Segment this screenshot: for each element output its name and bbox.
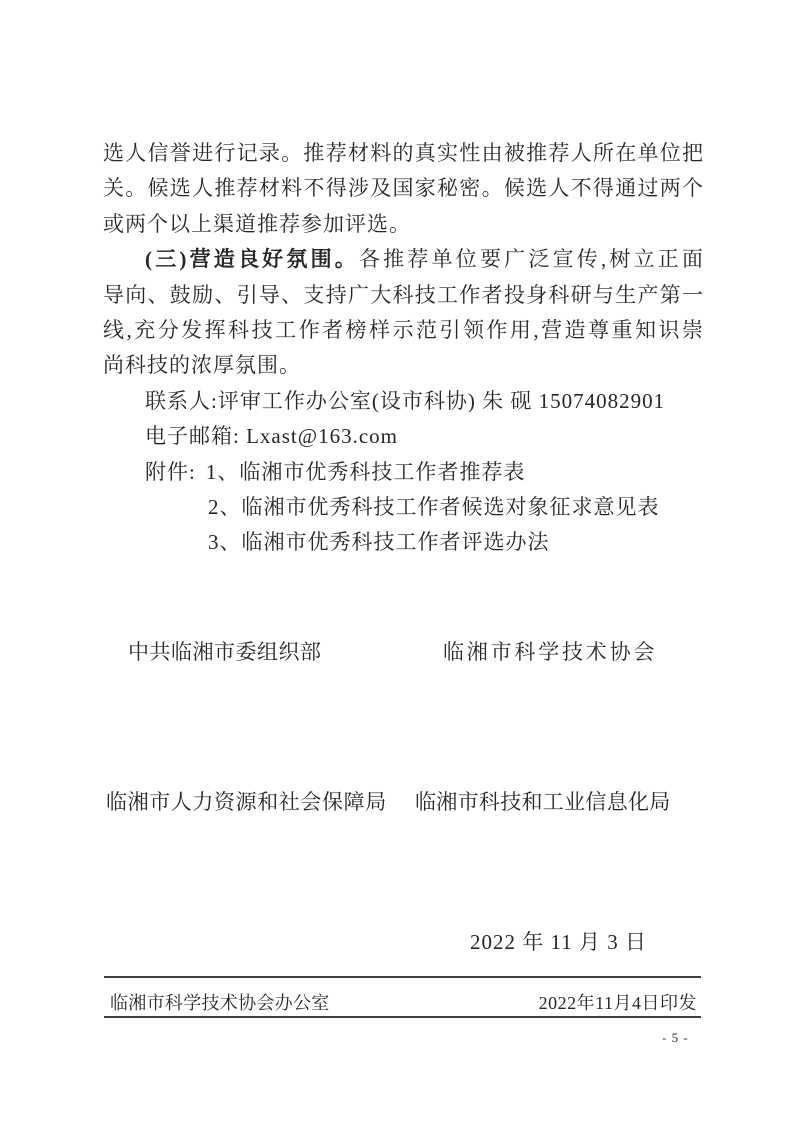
document-page: 选人信誉进行记录。推荐材料的真实性由被推荐人所在单位把 关。候选人推荐材料不得涉… xyxy=(0,0,793,1122)
body-line: 关。候选人推荐材料不得涉及国家秘密。候选人不得通过两个 xyxy=(103,171,703,206)
attachment-item-1: 1、临湘市优秀科技工作者推荐表 xyxy=(206,460,526,484)
email-line: 电子邮箱: Lxast@163.com xyxy=(103,419,703,454)
body-line: 线,充分发挥科技工作者榜样示范引领作用,营造尊重知识崇 xyxy=(103,313,703,348)
body-line: 或两个以上渠道推荐参加评选。 xyxy=(103,207,703,242)
footer-print-date: 2022年11月4日印发 xyxy=(539,989,697,1015)
body-line: 尚科技的浓厚氛围。 xyxy=(103,348,703,383)
signature-org-committee: 中共临湘市委组织部 xyxy=(128,636,322,666)
paragraph-three-text: 各推荐单位要广泛宣传,树立正面 xyxy=(359,247,703,271)
body-line: 选人信誉进行记录。推荐材料的真实性由被推荐人所在单位把 xyxy=(103,136,703,171)
body-text-column: 选人信誉进行记录。推荐材料的真实性由被推荐人所在单位把 关。候选人推荐材料不得涉… xyxy=(103,136,703,561)
contact-line: 联系人:评审工作办公室(设市科协) 朱 砚 15074082901 xyxy=(103,384,703,419)
document-date: 2022 年 11 月 3 日 xyxy=(470,926,647,956)
page-number: - 5 - xyxy=(662,1030,689,1046)
footer-rule-bottom xyxy=(104,1016,701,1018)
attachments-label: 附件: xyxy=(145,460,196,484)
signature-org-human-resources: 临湘市人力资源和社会保障局 xyxy=(106,786,387,816)
attachments-line-1: 附件:1、临湘市优秀科技工作者推荐表 xyxy=(103,455,703,490)
attachment-item-3: 3、临湘市优秀科技工作者评选办法 xyxy=(103,525,703,560)
signature-org-science-association: 临湘市科学技术协会 xyxy=(443,636,657,666)
body-line-paragraph-three-start: (三)营造良好氛围。各推荐单位要广泛宣传,树立正面 xyxy=(103,242,703,277)
body-line: 导向、鼓励、引导、支持广大科技工作者投身科研与生产第一 xyxy=(103,278,703,313)
footer-issuing-office: 临湘市科学技术协会办公室 xyxy=(110,989,330,1015)
signature-org-industry-information: 临湘市科技和工业信息化局 xyxy=(415,786,671,816)
paragraph-three-heading: (三)营造良好氛围。 xyxy=(145,247,359,271)
attachment-item-2: 2、临湘市优秀科技工作者候选对象征求意见表 xyxy=(103,490,703,525)
footer-rule-top xyxy=(104,976,701,978)
